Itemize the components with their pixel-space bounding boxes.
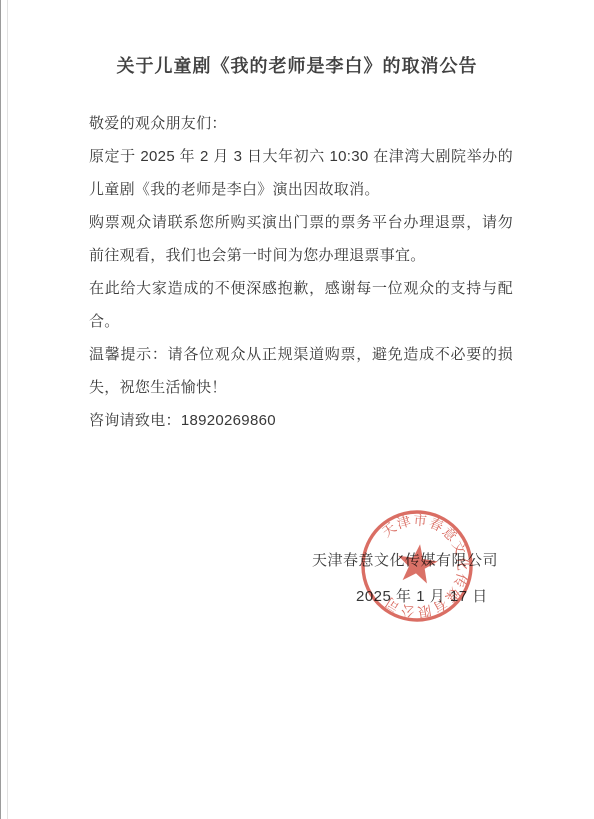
paragraph-tip: 温馨提示：请各位观众从正规渠道购票，避免造成不必要的损失，祝您生活愉快！ — [89, 338, 513, 404]
paragraph-refund: 购票观众请联系您所购买演出门票的票务平台办理退票，请勿前往观看，我们也会第一时间… — [89, 206, 513, 272]
salutation-line: 敬爱的观众朋友们： — [89, 107, 513, 140]
contact-line: 咨询请致电：18920269860 — [89, 404, 513, 437]
contact-phone: 18920269860 — [181, 412, 276, 429]
contact-label: 咨询请致电： — [89, 412, 181, 429]
page-left-edge — [7, 0, 8, 819]
signature-company-name: 天津春意文化传媒有限公司 — [312, 549, 498, 570]
window-left-border — [0, 0, 1, 819]
notice-body: 敬爱的观众朋友们： 原定于 2025 年 2 月 3 日大年初六 10:30 在… — [89, 107, 513, 437]
signature-date: 2025 年 1 月 17 日 — [356, 585, 488, 606]
page-title: 关于儿童剧《我的老师是李白》的取消公告 — [0, 52, 594, 78]
paragraph-cancellation: 原定于 2025 年 2 月 3 日大年初六 10:30 在津湾大剧院举办的儿童… — [89, 140, 513, 206]
paragraph-apology: 在此给大家造成的不便深感抱歉，感谢每一位观众的支持与配合。 — [89, 272, 513, 338]
document-page: 关于儿童剧《我的老师是李白》的取消公告 敬爱的观众朋友们： 原定于 2025 年… — [0, 0, 594, 819]
